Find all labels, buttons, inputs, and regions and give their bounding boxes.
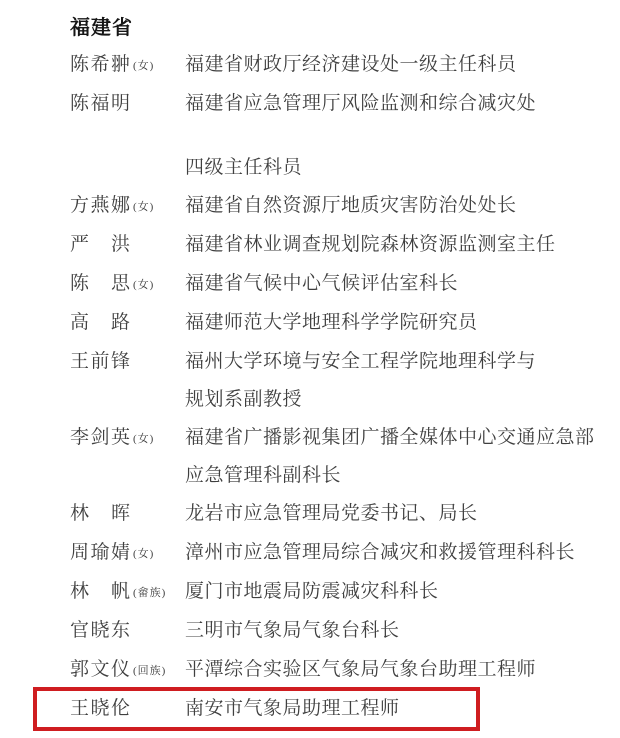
province-header: 福建省 xyxy=(70,16,620,40)
name-cell: 林晖 xyxy=(70,495,185,534)
table-row: 方燕娜(女) 福建省自然资源厅地质灾害防治处处长 xyxy=(70,187,620,226)
table-row-highlighted: 王晓伦 南安市气象局助理工程师 xyxy=(70,690,620,729)
position-text: 漳州市应急管理局综合减灾和救援管理科科长 xyxy=(185,534,575,572)
position-cell: 平潭综合实验区气象局气象台助理工程师 xyxy=(185,651,536,689)
person-name: 林晖 xyxy=(70,495,130,533)
name-cell: 陈希翀(女) xyxy=(70,46,185,85)
person-name: 高路 xyxy=(70,304,130,342)
position-text: 厦门市地震局防震减灾科科长 xyxy=(185,573,439,611)
name-cell: 王前锋 xyxy=(70,343,185,382)
position-text: 福建省林业调查规划院森林资源监测室主任 xyxy=(185,226,556,264)
ethnic-note: (畲族) xyxy=(130,587,166,599)
person-name: 严洪 xyxy=(70,226,130,264)
gender-note: (女) xyxy=(130,201,154,213)
position-text: 福建省应急管理厅风险监测和综合减灾处 xyxy=(185,85,536,123)
position-text: 福建省自然资源厅地质灾害防治处处长 xyxy=(185,187,517,225)
table-row: 李剑英(女) 福建省广播影视集团广播全媒体中心交通应急部 应急管理科副科长 xyxy=(70,419,620,495)
person-name: 李剑英 xyxy=(70,419,130,457)
position-cell: 南安市气象局助理工程师 xyxy=(185,690,400,728)
position-text-continued: 四级主任科员 xyxy=(185,149,536,187)
name-cell: 林帆(畲族) xyxy=(70,573,185,612)
position-text: 三明市气象局气象台科长 xyxy=(185,612,400,650)
position-text: 福州大学环境与安全工程学院地理科学与 xyxy=(185,343,536,381)
position-cell: 福建师范大学地理科学学院研究员 xyxy=(185,304,478,342)
table-row: 王前锋 福州大学环境与安全工程学院地理科学与 规划系副教授 xyxy=(70,343,620,419)
table-row: 周瑜婧(女) 漳州市应急管理局综合减灾和救援管理科科长 xyxy=(70,534,620,573)
name-cell: 方燕娜(女) xyxy=(70,187,185,226)
gender-note xyxy=(130,99,133,111)
person-name: 陈思 xyxy=(70,265,130,303)
table-row: 高路 福建师范大学地理科学学院研究员 xyxy=(70,304,620,343)
position-cell: 漳州市应急管理局综合减灾和救援管理科科长 xyxy=(185,534,575,572)
position-text: 福建省气候中心气候评估室科长 xyxy=(185,265,458,303)
name-cell: 周瑜婧(女) xyxy=(70,534,185,573)
person-name: 官晓东 xyxy=(70,612,130,650)
name-cell: 李剑英(女) xyxy=(70,419,185,458)
person-name: 陈希翀 xyxy=(70,46,130,84)
position-cell: 福州大学环境与安全工程学院地理科学与 规划系副教授 xyxy=(185,343,536,419)
position-text-continued: 应急管理科副科长 xyxy=(185,457,595,495)
position-cell: 福建省广播影视集团广播全媒体中心交通应急部 应急管理科副科长 xyxy=(185,419,595,495)
name-cell: 高路 xyxy=(70,304,185,343)
person-name: 方燕娜 xyxy=(70,187,130,225)
document-page: 福建省 陈希翀(女) 福建省财政厅经济建设处一级主任科员 陈福明 福建省应急管理… xyxy=(0,0,620,738)
gender-note: (女) xyxy=(130,433,154,445)
name-cell: 王晓伦 xyxy=(70,690,185,729)
position-text: 福建省广播影视集团广播全媒体中心交通应急部 xyxy=(185,419,595,457)
position-text-continued: 规划系副教授 xyxy=(185,381,536,419)
person-name: 王前锋 xyxy=(70,343,130,381)
position-cell: 福建省财政厅经济建设处一级主任科员 xyxy=(185,46,517,84)
position-text: 福建师范大学地理科学学院研究员 xyxy=(185,304,478,342)
person-name: 王晓伦 xyxy=(70,690,130,728)
gender-note xyxy=(130,318,133,330)
gender-note: (女) xyxy=(130,548,154,560)
table-row: 严洪 福建省林业调查规划院森林资源监测室主任 xyxy=(70,226,620,265)
position-cell: 福建省自然资源厅地质灾害防治处处长 xyxy=(185,187,517,225)
position-text: 平潭综合实验区气象局气象台助理工程师 xyxy=(185,651,536,689)
gender-note xyxy=(130,357,133,369)
gender-note xyxy=(130,240,133,252)
person-name: 周瑜婧 xyxy=(70,534,130,572)
gender-note xyxy=(130,626,133,638)
name-cell: 陈思(女) xyxy=(70,265,185,304)
person-name: 陈福明 xyxy=(70,85,130,123)
gender-note: (女) xyxy=(130,60,154,72)
name-cell: 陈福明 xyxy=(70,85,185,124)
name-cell: 郭文仪(回族) xyxy=(70,651,185,690)
position-cell: 福建省气候中心气候评估室科长 xyxy=(185,265,458,303)
table-row: 林帆(畲族) 厦门市地震局防震减灾科科长 xyxy=(70,573,620,612)
table-row: 陈希翀(女) 福建省财政厅经济建设处一级主任科员 xyxy=(70,46,620,85)
name-cell: 严洪 xyxy=(70,226,185,265)
person-name: 林帆 xyxy=(70,573,130,611)
position-cell: 厦门市地震局防震减灾科科长 xyxy=(185,573,439,611)
position-cell: 福建省林业调查规划院森林资源监测室主任 xyxy=(185,226,556,264)
table-row: 郭文仪(回族) 平潭综合实验区气象局气象台助理工程师 xyxy=(70,651,620,690)
position-cell: 龙岩市应急管理局党委书记、局长 xyxy=(185,495,478,533)
table-row: 林晖 龙岩市应急管理局党委书记、局长 xyxy=(70,495,620,534)
gender-note: (女) xyxy=(130,279,154,291)
gender-note xyxy=(130,509,133,521)
position-text: 龙岩市应急管理局党委书记、局长 xyxy=(185,495,478,533)
name-cell: 官晓东 xyxy=(70,612,185,651)
person-name: 郭文仪 xyxy=(70,651,130,689)
position-text: 南安市气象局助理工程师 xyxy=(185,690,400,728)
table-row: 陈福明 福建省应急管理厅风险监测和综合减灾处 四级主任科员 xyxy=(70,85,620,187)
position-cell: 福建省应急管理厅风险监测和综合减灾处 四级主任科员 xyxy=(185,85,536,187)
table-row: 官晓东 三明市气象局气象台科长 xyxy=(70,612,620,651)
ethnic-note: (回族) xyxy=(130,665,166,677)
position-cell: 三明市气象局气象台科长 xyxy=(185,612,400,650)
table-row: 陈思(女) 福建省气候中心气候评估室科长 xyxy=(70,265,620,304)
gender-note xyxy=(130,704,133,716)
position-text: 福建省财政厅经济建设处一级主任科员 xyxy=(185,46,517,84)
